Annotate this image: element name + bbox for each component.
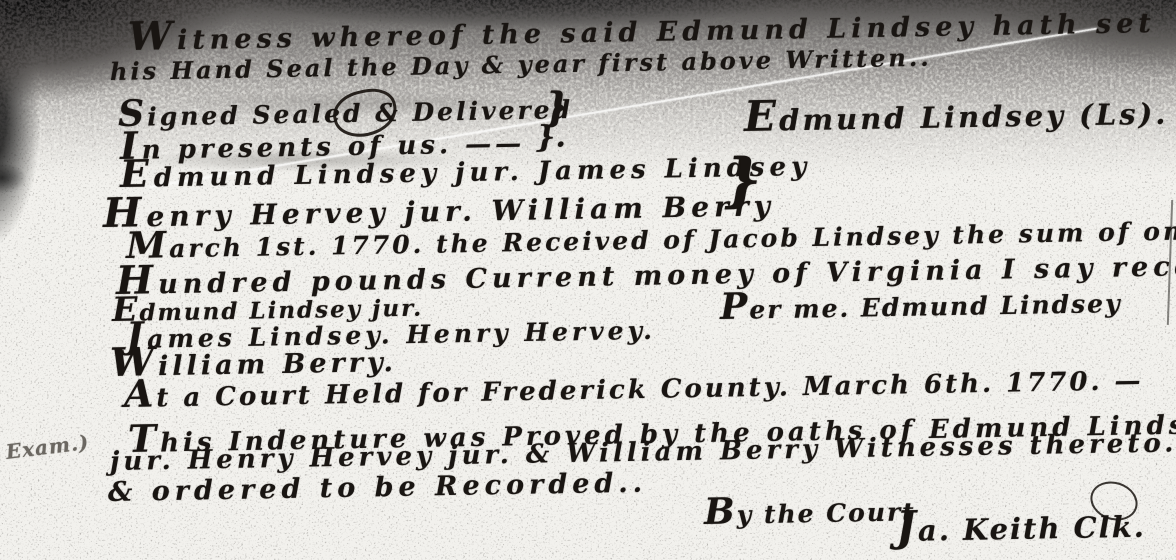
signature-edmund-lindsey: Edmund Lindsey (Ls). <box>744 85 1169 141</box>
margin-note-examined: Exam.) <box>5 430 91 464</box>
witnesses-brace: } <box>723 145 761 214</box>
per-me-signature: Per me. Edmund Lindsey <box>720 278 1122 328</box>
scanned-document-page: Witness whereof the said Edmund Lindsey … <box>0 0 1176 560</box>
clerk-signature: Ja. Keith Clk. <box>896 498 1147 551</box>
by-the-court: By the Court <box>704 486 916 533</box>
